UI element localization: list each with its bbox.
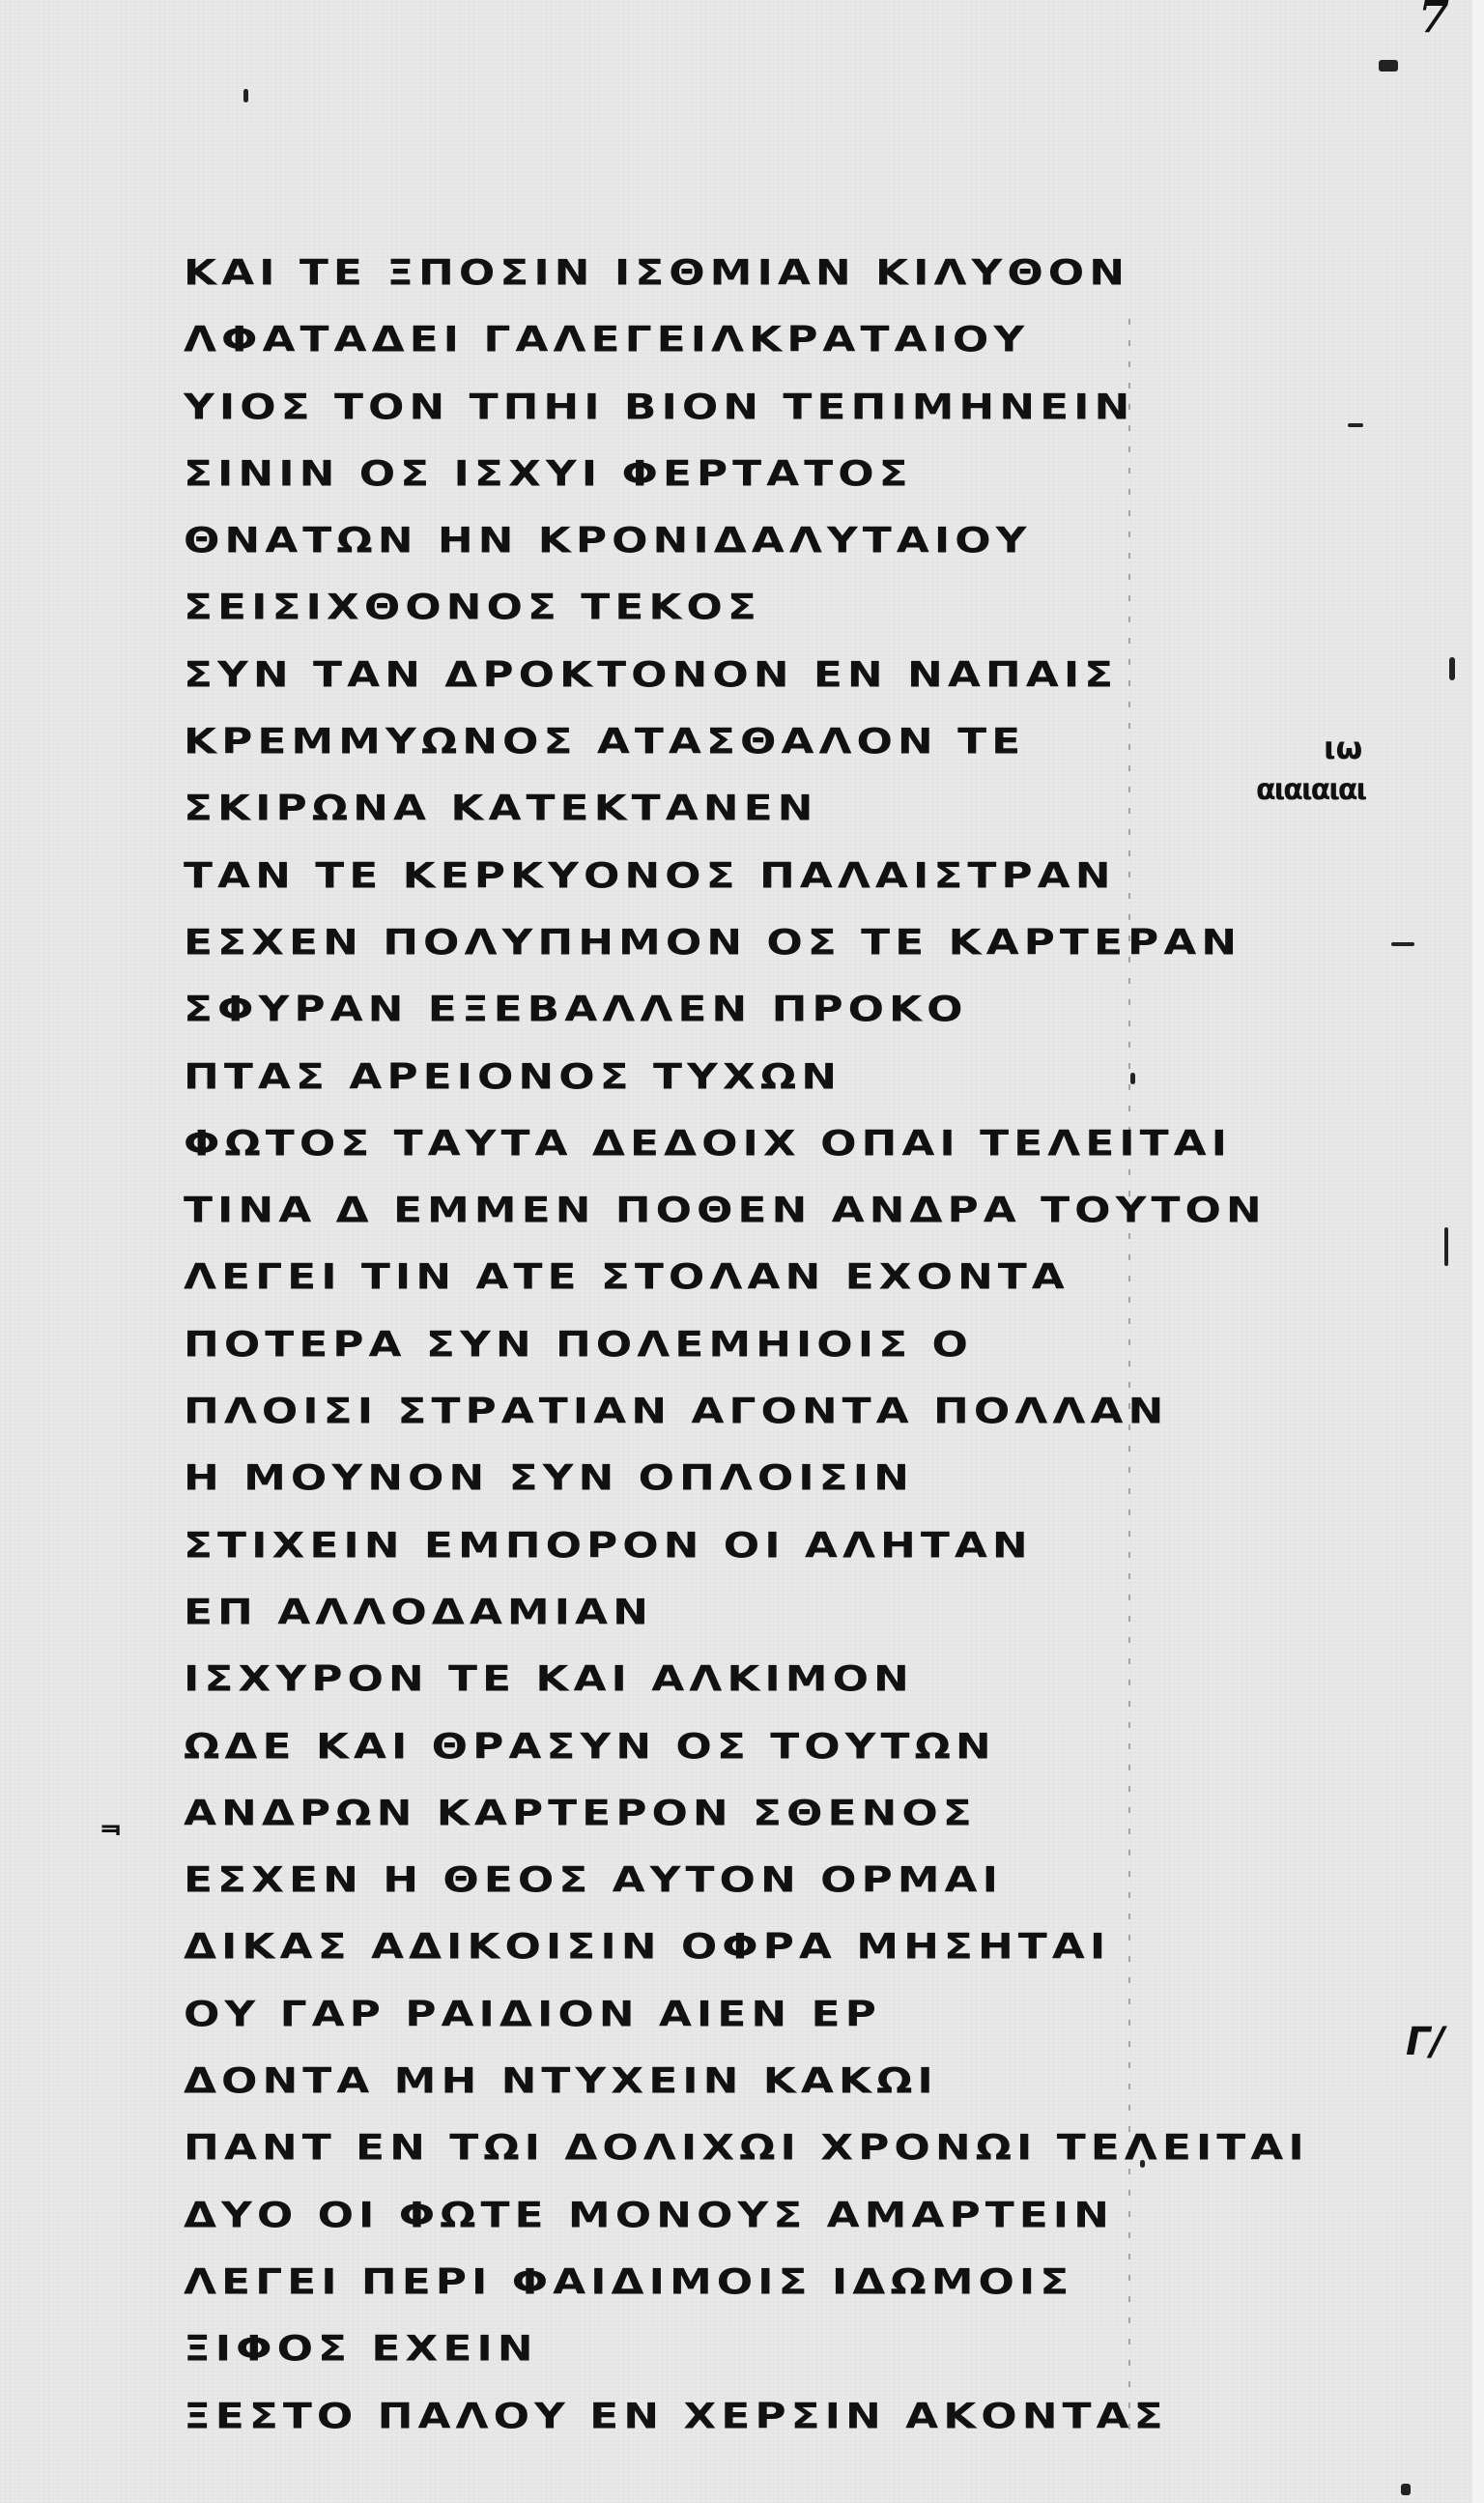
text-line: ΩΔΕ ΚΑΙ ΘΡΑΣΥΝ ΟΣ ΤΟΥΤΩΝ: [184, 1719, 1343, 1774]
text-line: ΛΕΓΕΙ ΠΕΡΙ ΦΑΙΔΙΜΟΙΣ ΙΔΩΜΟΙΣ: [184, 2255, 1343, 2310]
text-line: ΕΠ ΑΛΛΟΔΑΜΙΑΝ: [184, 1585, 1343, 1640]
text-line: Η ΜΟΥΝΟΝ ΣΥΝ ΟΠΛΟΙΣΙΝ: [184, 1452, 1343, 1507]
text-line: ΚΡΕΜΜΥΩΝΟΣ ΑΤΑΣΘΑΛΟΝ ΤΕ: [184, 714, 1343, 769]
ink-speck: [1401, 2484, 1411, 2495]
ink-speck: [1449, 657, 1455, 680]
text-line: ΞΙΦΟΣ ΕΧΕΙΝ: [184, 2321, 1343, 2376]
margin-note-left-mark: ⫬: [101, 1805, 121, 1844]
ink-speck: [1444, 1227, 1448, 1266]
manuscript-text-column: ΚΑΙ ΤΕ ΞΠΟΣΙΝ ΙΣΘΜΙΑΝ ΚΙΛΥΘΟΝ ΛΦΑΤΑΔΕΙ Γ…: [184, 240, 1343, 2450]
text-line: ΔΥΟ ΟΙ ΦΩΤΕ ΜΟΝΟΥΣ ΑΜΑΡΤΕΙΝ: [184, 2188, 1343, 2243]
text-line: ΞΕΣΤΟ ΠΑΛΟΥ ΕΝ ΧΕΡΣΙΝ ΑΚΟΝΤΑΣ: [184, 2389, 1343, 2444]
ink-speck: [1348, 423, 1363, 427]
text-line: ΣΥΝ ΤΑΝ ΔΡΟΚΤΟΝΟΝ ΕΝ ΝΑΠΑΙΣ: [184, 647, 1343, 703]
text-line: ΑΝΔΡΩΝ ΚΑΡΤΕΡΟΝ ΣΘΕΝΟΣ: [184, 1786, 1343, 1841]
text-line: ΣΙΝΙΝ ΟΣ ΙΣΧΥΙ ΦΕΡΤΑΤΟΣ: [184, 446, 1343, 502]
text-line: ΠΤΑΣ ΑΡΕΙΟΝΟΣ ΤΥΧΩΝ: [184, 1050, 1343, 1105]
text-line: ΕΣΧΕΝ ΠΟΛΥΠΗΜΟΝ ΟΣ ΤΕ ΚΑΡΤΕΡΑΝ: [184, 915, 1343, 970]
ink-speck: [1391, 942, 1414, 946]
text-line: ΣΚΙΡΩΝΑ ΚΑΤΕΚΤΑΝΕΝ: [184, 782, 1343, 837]
text-line: ΠΑΝΤ ΕΝ ΤΩΙ ΔΟΛΙΧΩΙ ΧΡΟΝΩΙ ΤΕΛΕΙΤΑΙ: [184, 2121, 1343, 2176]
papyrus-sheet: 7 ιω αιαιαιαι Γ/ ⫬ ΚΑΙ ΤΕ ΞΠΟΣΙΝ ΙΣΘΜΙΑΝ…: [0, 0, 1484, 2503]
text-line: ΚΑΙ ΤΕ ΞΠΟΣΙΝ ΙΣΘΜΙΑΝ ΚΙΛΥΘΟΝ: [184, 245, 1343, 301]
text-line: ΤΑΝ ΤΕ ΚΕΡΚΥΟΝΟΣ ΠΑΛΑΙΣΤΡΑΝ: [184, 849, 1343, 904]
margin-note-right-mark: Γ/: [1406, 2020, 1444, 2064]
text-line: ΣΕΙΣΙΧΘΟΝΟΣ ΤΕΚΟΣ: [184, 581, 1343, 636]
text-line: ΦΩΤΟΣ ΤΑΥΤΑ ΔΕΔΟΙΧ ΟΠΑΙ ΤΕΛΕΙΤΑΙ: [184, 1116, 1343, 1171]
text-line: ΔΙΚΑΣ ΑΔΙΚΟΙΣΙΝ ΟΦΡΑ ΜΗΣΗΤΑΙ: [184, 1920, 1343, 1975]
text-line: ΠΟΤΕΡΑ ΣΥΝ ΠΟΛΕΜΗΙΟΙΣ Ο: [184, 1317, 1343, 1372]
text-line: ΛΕΓΕΙ ΤΙΝ ΑΤΕ ΣΤΟΛΑΝ ΕΧΟΝΤΑ: [184, 1251, 1343, 1306]
text-line: ΣΤΙΧΕΙΝ ΕΜΠΟΡΟΝ ΟΙ ΑΛΗΤΑΝ: [184, 1518, 1343, 1573]
page-number: 7: [1418, 0, 1449, 43]
text-line: ΥΙΟΣ ΤΟΝ ΤΠΗΙ ΒΙΟΝ ΤΕΠΙΜΗΝΕΙΝ: [184, 380, 1343, 435]
text-line: ΣΦΥΡΑΝ ΕΞΕΒΑΛΛΕΝ ΠΡΟΚΟ: [184, 983, 1343, 1038]
text-line: ΛΦΑΤΑΔΕΙ ΓΑΛΕΓΕΙΛΚΡΑΤΑΙΟΥ: [184, 313, 1343, 368]
text-line: ΔΟΝΤΑ ΜΗ ΝΤΥΧΕΙΝ ΚΑΚΩΙ: [184, 2054, 1343, 2109]
sheet-edge: [1472, 0, 1484, 2503]
text-line: ΕΣΧΕΝ Η ΘΕΟΣ ΑΥΤΟΝ ΟΡΜΑΙ: [184, 1853, 1343, 1908]
text-line: ΠΛΟΙΣΙ ΣΤΡΑΤΙΑΝ ΑΓΟΝΤΑ ΠΟΛΛΑΝ: [184, 1384, 1343, 1439]
text-line: ΘΝΑΤΩΝ ΗΝ ΚΡΟΝΙΔΑΛΥΤΑΙΟΥ: [184, 513, 1343, 568]
text-line: ΤΙΝΑ Δ ΕΜΜΕΝ ΠΟΘΕΝ ΑΝΔΡΑ ΤΟΥΤΟΝ: [184, 1183, 1343, 1238]
ink-speck: [1379, 60, 1398, 72]
text-line: ΙΣΧΥΡΟΝ ΤΕ ΚΑΙ ΑΛΚΙΜΟΝ: [184, 1652, 1343, 1707]
text-line: ΟΥ ΓΑΡ ΡΑΙΔΙΟΝ ΑΙΕΝ ΕΡ: [184, 1987, 1343, 2042]
ink-speck: [243, 89, 248, 102]
